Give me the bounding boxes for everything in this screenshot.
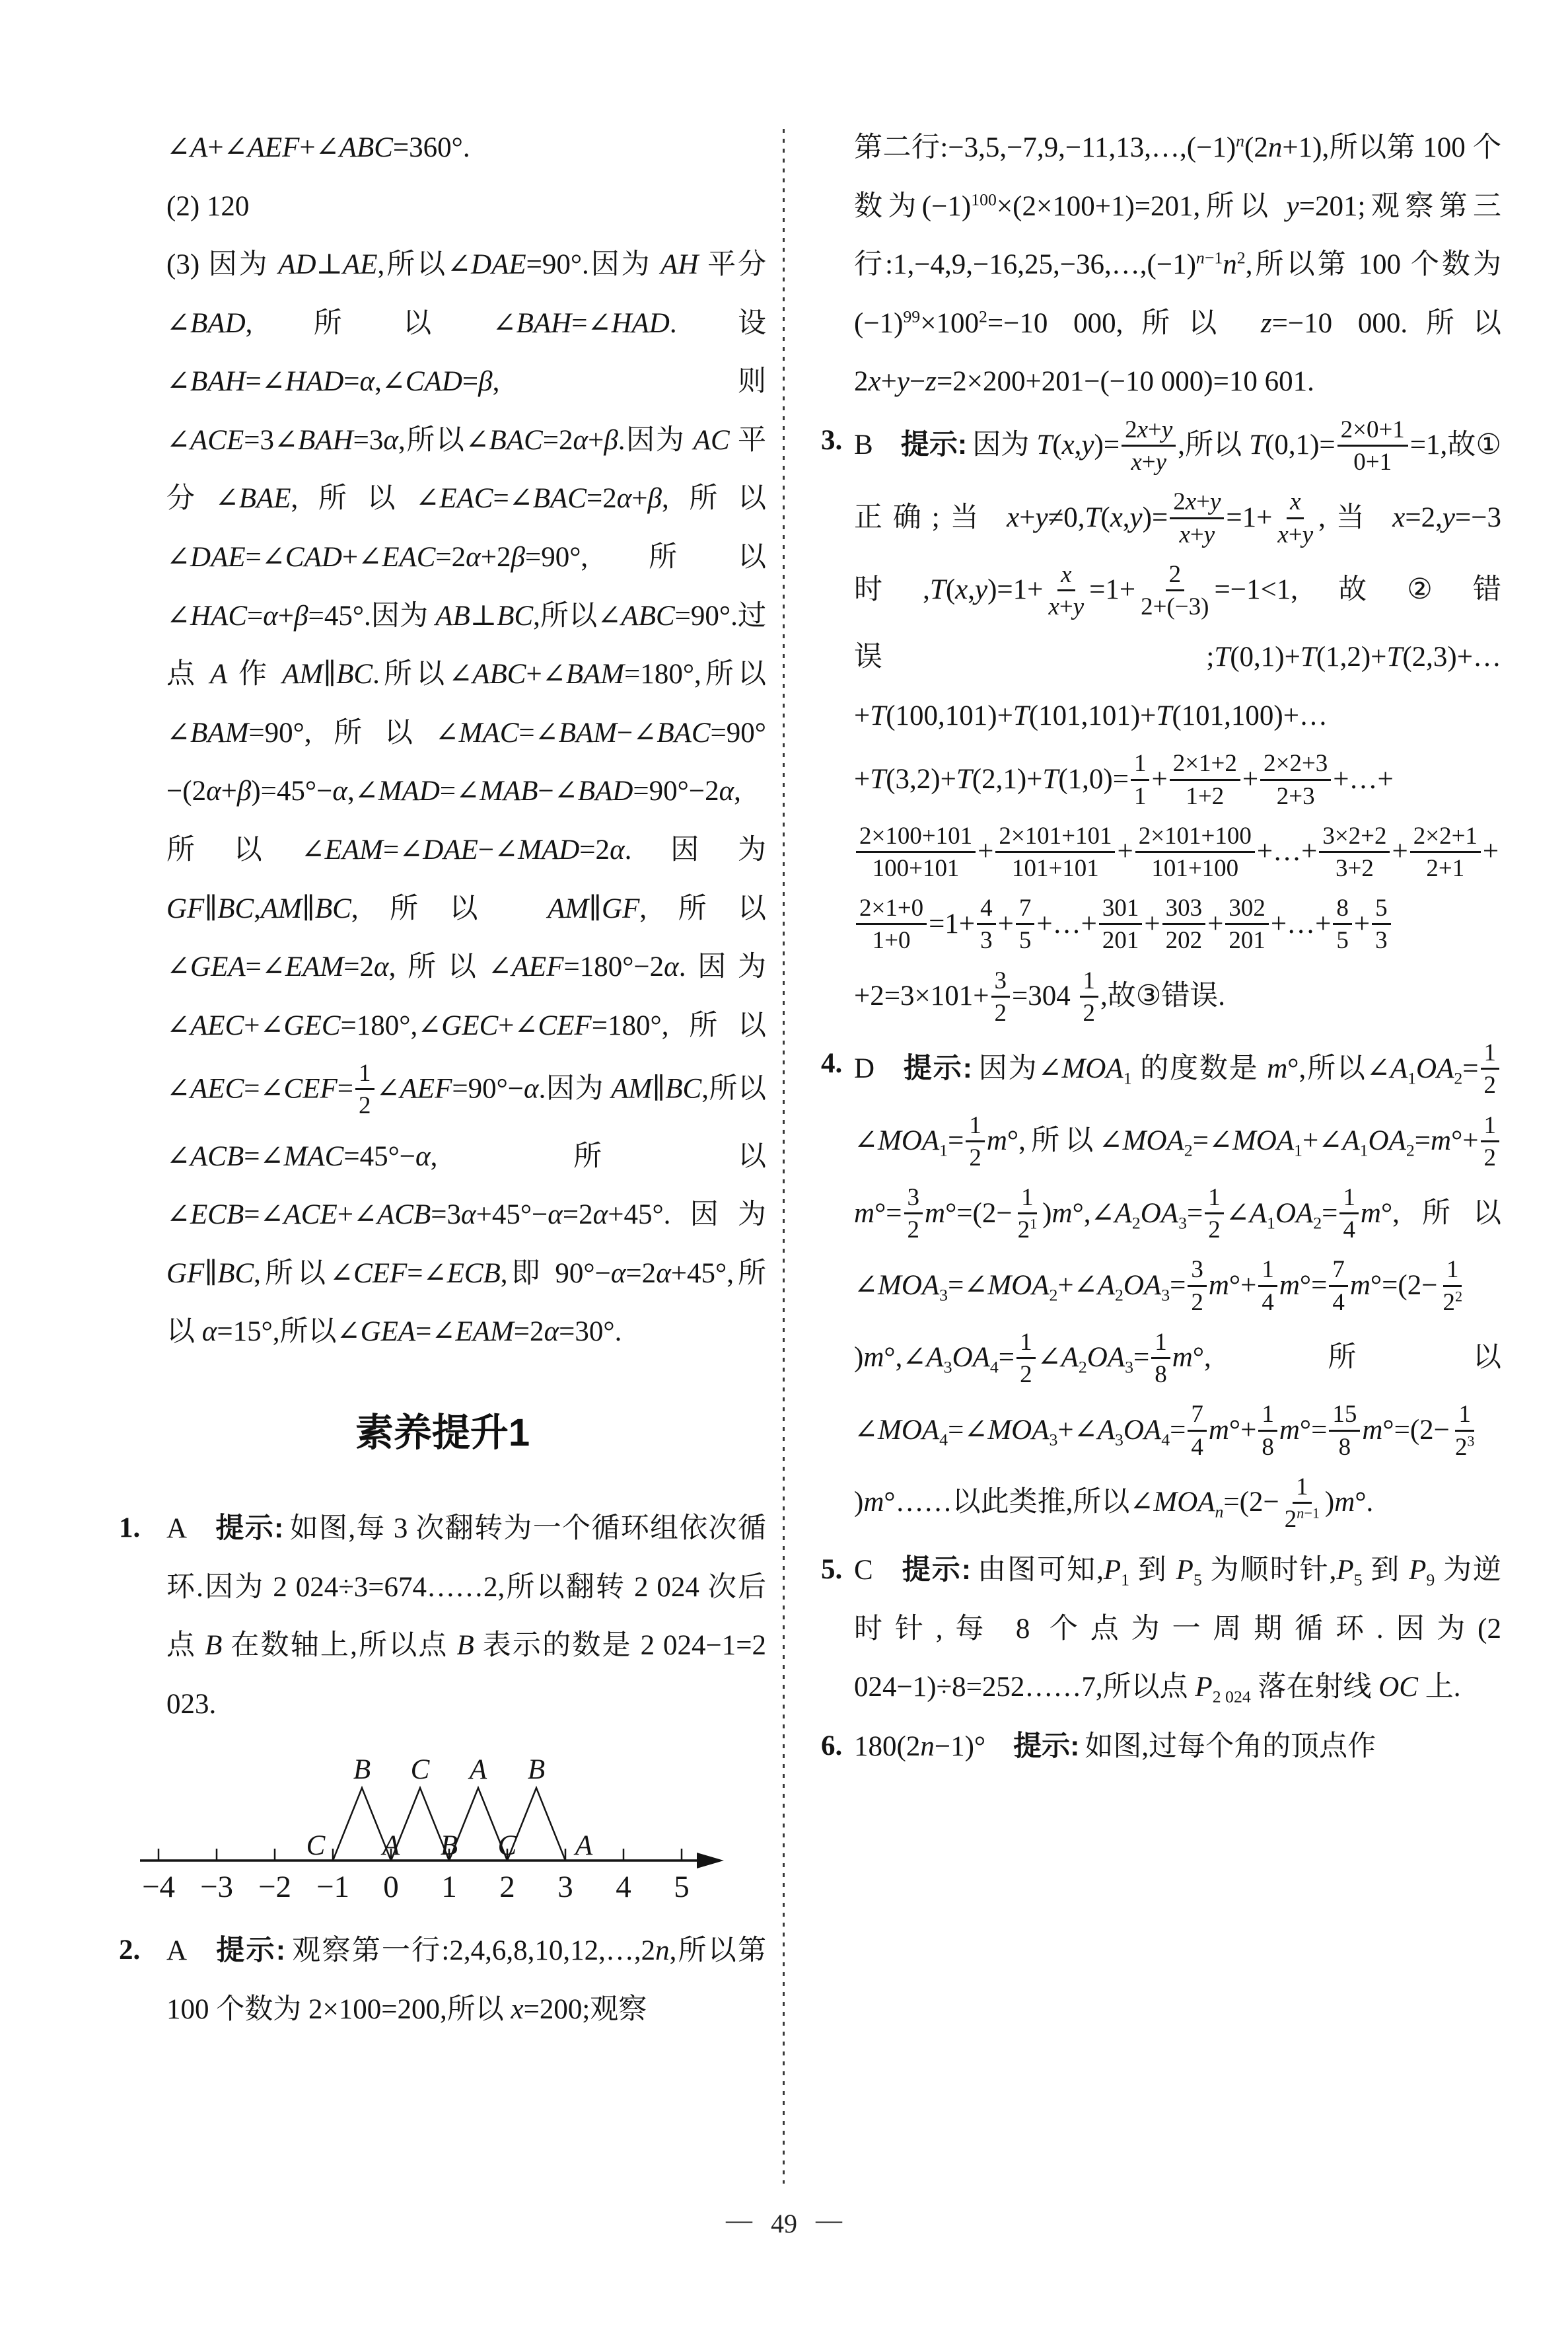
answer-item-5: 5.C提示:由图可知,P1 到 P5 为顺时针,P5 到 P9 为逆时针,每 8… xyxy=(821,1541,1501,1717)
item-hint-text: 如图,过每个角的顶点作 xyxy=(1085,1731,1376,1762)
left-column: ∠A+∠AEF+∠ABC=360°. (2) 120 (3) 因为 AD⊥AE,… xyxy=(119,119,766,2039)
item-number: 5. xyxy=(821,1541,842,1600)
number-line-diagram: −4−3−2−1012345BCABCABCA xyxy=(139,1751,766,1913)
item-hint-text: 因为 T(x,y)=2x+yx+y,所以 T(0,1)=2×0+10+1=1,故… xyxy=(854,429,1501,1012)
svg-text:3: 3 xyxy=(557,1870,573,1904)
item-number: 6. xyxy=(821,1717,842,1776)
item-number: 3. xyxy=(821,412,842,470)
svg-text:−1: −1 xyxy=(316,1870,349,1904)
answer-item-1: 1.A提示:如图,每 3 次翻转为一个循环组依次循环.因为 2 024÷3=67… xyxy=(119,1499,766,1734)
svg-text:−4: −4 xyxy=(142,1870,175,1904)
svg-text:1: 1 xyxy=(441,1870,457,1904)
svg-text:−3: −3 xyxy=(200,1870,233,1904)
item-number: 4. xyxy=(821,1035,842,1093)
answer-item-3: 3.B提示:因为 T(x,y)=2x+yx+y,所以 T(0,1)=2×0+10… xyxy=(821,412,1501,1035)
hint-label: 提示: xyxy=(215,1935,285,1966)
svg-text:4: 4 xyxy=(616,1870,631,1904)
item-answer: D xyxy=(854,1053,874,1084)
svg-text:A: A xyxy=(380,1830,400,1861)
footer-left-dash: — xyxy=(726,2205,752,2234)
item-hint-text: 因为∠MOA1 的度数是 m°,所以∠A1OA2=12∠MOA1=12m°,所以… xyxy=(854,1053,1501,1518)
svg-text:C: C xyxy=(411,1754,431,1785)
footer-right-dash: — xyxy=(816,2205,842,2234)
page-number: 49 xyxy=(771,2209,797,2238)
solution-paragraph-part3: (3) 因为 AD⊥AE,所以∠DAE=90°.因为 AH 平分∠BAD,所以∠… xyxy=(119,236,766,1362)
right-column: 第二行:−3,5,−7,9,−11,13,…,(−1)n(2n+1),所以第 1… xyxy=(821,119,1501,1776)
svg-text:5: 5 xyxy=(674,1870,690,1904)
continuation-paragraph: 第二行:−3,5,−7,9,−11,13,…,(−1)n(2n+1),所以第 1… xyxy=(821,119,1501,412)
svg-text:C: C xyxy=(306,1830,326,1861)
number-line-svg: −4−3−2−1012345BCABCABCA xyxy=(139,1751,727,1906)
svg-text:A: A xyxy=(468,1754,487,1785)
solution-paragraph-angles: ∠A+∠AEF+∠ABC=360°. xyxy=(119,119,766,178)
svg-text:B: B xyxy=(353,1754,371,1785)
column-divider xyxy=(783,129,785,2184)
solution-paragraph-part2: (2) 120 xyxy=(119,178,766,237)
item-answer: A xyxy=(166,1513,187,1544)
svg-text:0: 0 xyxy=(383,1870,399,1904)
item-answer: C xyxy=(854,1555,873,1586)
svg-text:B: B xyxy=(528,1754,545,1785)
item-answer: A xyxy=(166,1935,187,1966)
svg-text:2: 2 xyxy=(499,1870,515,1904)
answer-item-2: 2.A提示:观察第一行:2,4,6,8,10,12,…,2n,所以第 100 个… xyxy=(119,1921,766,2039)
answer-item-4: 4.D提示:因为∠MOA1 的度数是 m°,所以∠A1OA2=12∠MOA1=1… xyxy=(821,1035,1501,1541)
hint-label: 提示: xyxy=(902,1052,972,1084)
answer-item-6: 6.180(2n−1)°提示:如图,过每个角的顶点作 xyxy=(821,1717,1501,1777)
svg-text:B: B xyxy=(441,1830,458,1861)
hint-label: 提示: xyxy=(901,1554,971,1586)
section-header: 素养提升1 xyxy=(119,1401,766,1457)
hint-label: 提示: xyxy=(901,429,968,461)
item-answer: B xyxy=(854,429,873,461)
item-number: 1. xyxy=(119,1499,140,1558)
item-answer: 180(2n−1)° xyxy=(854,1731,985,1762)
svg-text:C: C xyxy=(498,1830,518,1861)
svg-text:A: A xyxy=(573,1830,593,1861)
svg-text:−2: −2 xyxy=(258,1870,291,1904)
item-number: 2. xyxy=(119,1921,140,1980)
hint-label: 提示: xyxy=(1013,1730,1079,1762)
hint-label: 提示: xyxy=(215,1512,283,1544)
page-footer: —49— xyxy=(0,2208,1568,2239)
